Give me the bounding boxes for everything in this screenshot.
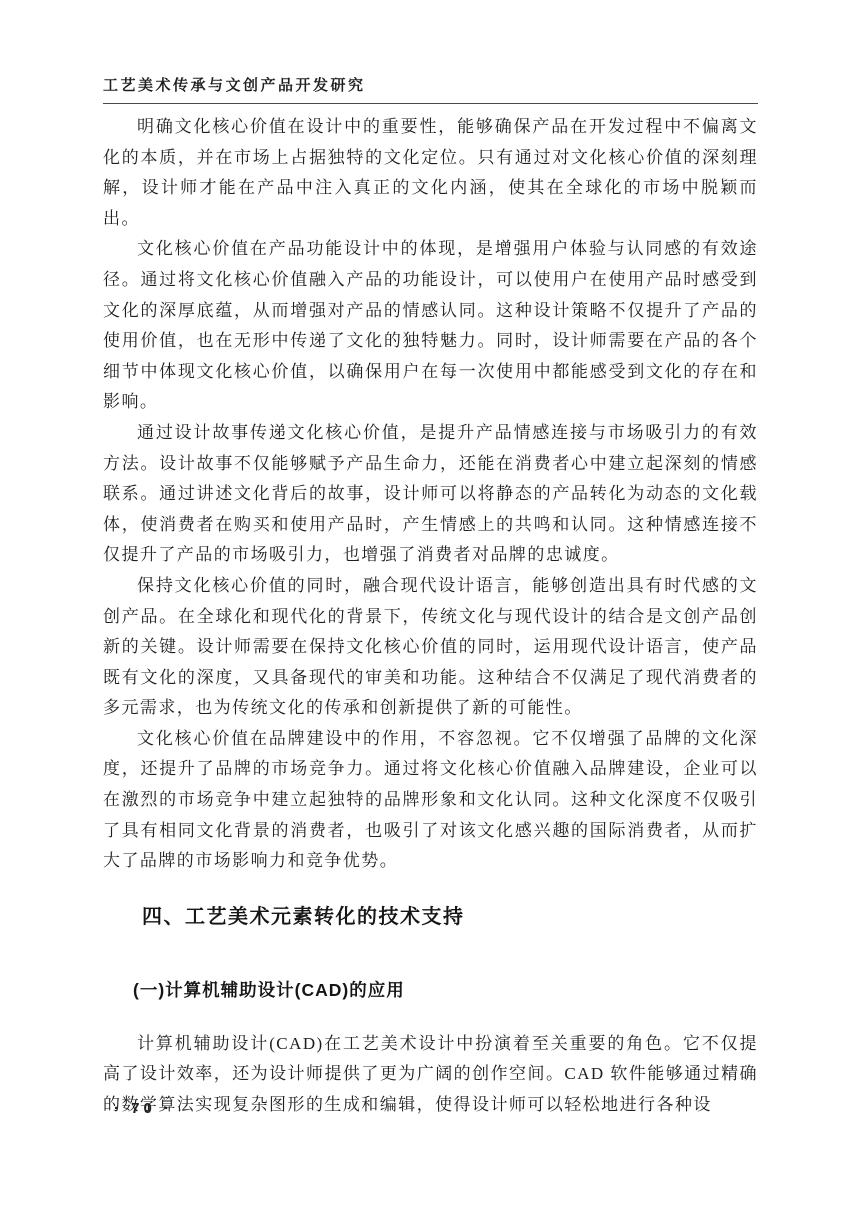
paragraph-1: 明确文化核心价值在设计中的重要性，能够确保产品在开发过程中不偏离文化的本质，并在… xyxy=(103,112,758,234)
page-number: · 70 · xyxy=(114,1100,173,1117)
document-page: 工艺美术传承与文创产品开发研究 明确文化核心价值在设计中的重要性，能够确保产品在… xyxy=(0,0,860,1208)
paragraph-6: 计算机辅助设计(CAD)在工艺美术设计中扮演着至关重要的角色。它不仅提高了设计效… xyxy=(103,1029,758,1121)
section-body-text: 计算机辅助设计(CAD)在工艺美术设计中扮演着至关重要的角色。它不仅提高了设计效… xyxy=(103,1029,758,1121)
paragraph-5: 文化核心价值在品牌建设中的作用，不容忽视。它不仅增强了品牌的文化深度，还提升了品… xyxy=(103,724,758,877)
paragraph-2: 文化核心价值在产品功能设计中的体现，是增强用户体验与认同感的有效途径。通过将文化… xyxy=(103,234,758,418)
paragraph-3: 通过设计故事传递文化核心价值，是提升产品情感连接与市场吸引力的有效方法。设计故事… xyxy=(103,418,758,571)
subsection-heading: (一)计算机辅助设计(CAD)的应用 xyxy=(133,978,758,1002)
section-heading: 四、工艺美术元素转化的技术支持 xyxy=(142,903,758,931)
running-head-title: 工艺美术传承与文创产品开发研究 xyxy=(103,76,758,104)
paragraph-4: 保持文化核心价值的同时，融合现代设计语言，能够创造出具有时代感的文创产品。在全球… xyxy=(103,571,758,724)
body-text: 明确文化核心价值在设计中的重要性，能够确保产品在开发过程中不偏离文化的本质，并在… xyxy=(103,112,758,877)
page-content: 工艺美术传承与文创产品开发研究 明确文化核心价值在设计中的重要性，能够确保产品在… xyxy=(103,76,758,1121)
